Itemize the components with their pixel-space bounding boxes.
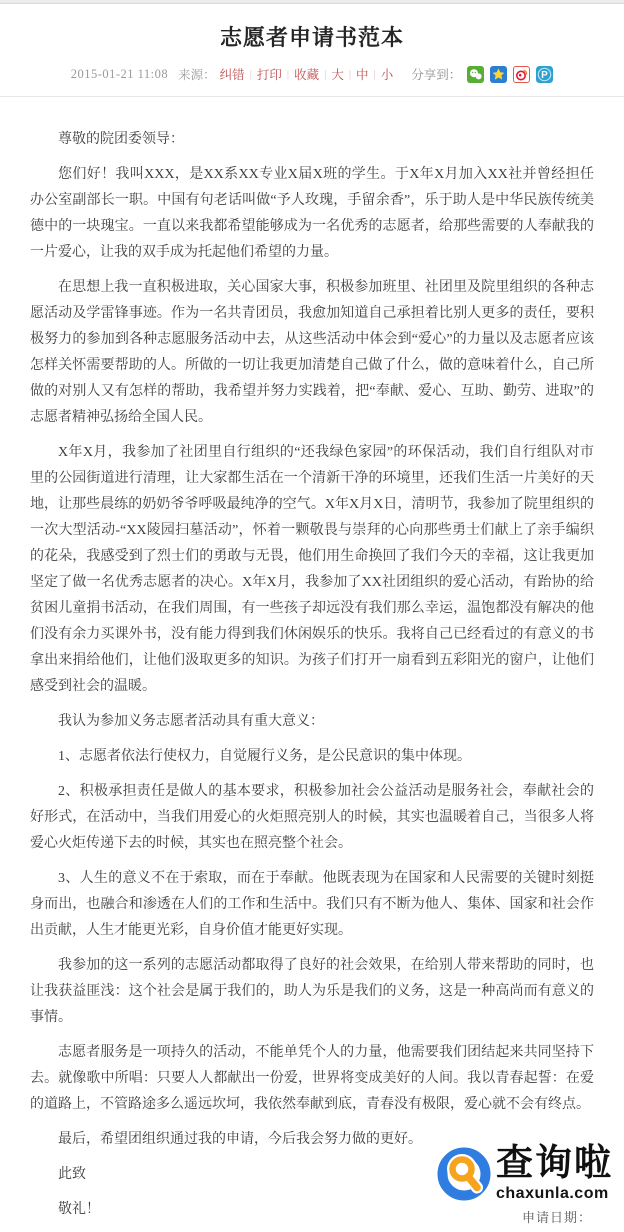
chaxunla-watermark: 查询啦 chaxunla.com 申请日期： — [434, 1144, 620, 1226]
font-size-medium-link[interactable]: 中 — [356, 65, 369, 83]
article-body: 尊敬的院团委领导： 您们好！我叫XXX，是XX系XX专业X届X班的学生。于X年X… — [0, 97, 624, 1223]
article-meta-bar: 2015-01-21 11:08 来源： 纠错 | 打印 | 收藏 | 大 | … — [0, 65, 624, 97]
svg-text:P: P — [541, 70, 548, 81]
pengyouwang-share-icon[interactable]: P — [536, 66, 553, 83]
paragraph-list-item: 1、志愿者依法行使权力，自觉履行义务，是公民意识的集中体现。 — [30, 744, 594, 770]
paragraph: 您们好！我叫XXX，是XX系XX专业X届X班的学生。于X年X月加入XX社并曾经担… — [30, 162, 594, 266]
print-link[interactable]: 打印 — [257, 65, 282, 83]
share-icon-group: P — [467, 66, 553, 83]
top-divider-bar — [0, 0, 624, 4]
paragraph: X年X月，我参加了社团里自行组织的“还我绿色家园”的环保活动，我们自行组队对市里… — [30, 440, 594, 700]
weibo-share-icon[interactable] — [513, 66, 530, 83]
paragraph-list-item: 3、人生的意义不在于索取，而在于奉献。他既表现为在国家和人民需要的关键时刻挺身而… — [30, 866, 594, 944]
favorite-link[interactable]: 收藏 — [294, 65, 319, 83]
separator: | — [349, 68, 351, 80]
logo-site-name: 查询啦 — [496, 1144, 613, 1184]
font-size-small-link[interactable]: 小 — [381, 65, 394, 83]
paragraph: 志愿者服务是一项持久的活动，不能单凭个人的力量，他需要我们团结起来共同坚持下去。… — [30, 1040, 594, 1118]
paragraph-list-item: 2、积极承担责任是做人的基本要求，积极参加社会公益活动是服务社会，奉献社会的好形… — [30, 779, 594, 857]
wechat-share-icon[interactable] — [467, 66, 484, 83]
paragraph: 我认为参加义务志愿者活动具有重大意义： — [30, 709, 594, 735]
font-size-large-link[interactable]: 大 — [331, 65, 344, 83]
qzone-share-icon[interactable] — [490, 66, 507, 83]
paragraph: 在思想上我一直积极进取，关心国家大事，积极参加班里、社团里及院里组织的各种志愿活… — [30, 275, 594, 431]
source-label: 来源： — [178, 65, 216, 83]
separator: | — [287, 68, 289, 80]
separator: | — [324, 68, 326, 80]
page-title: 志愿者申请书范本 — [0, 21, 624, 52]
magnifier-logo-icon — [434, 1144, 494, 1204]
publish-date: 2015-01-21 11:08 — [71, 67, 168, 82]
correction-link[interactable]: 纠错 — [220, 65, 245, 83]
separator: | — [374, 68, 376, 80]
share-to-label: 分享到： — [411, 65, 461, 83]
logo-site-domain: chaxunla.com — [496, 1185, 613, 1203]
apply-date-label: 申请日期： — [434, 1207, 620, 1226]
paragraph-salutation: 尊敬的院团委领导： — [30, 127, 594, 153]
paragraph: 我参加的这一系列的志愿活动都取得了良好的社会效果，在给别人带来帮助的同时，也让我… — [30, 953, 594, 1031]
separator: | — [250, 68, 252, 80]
